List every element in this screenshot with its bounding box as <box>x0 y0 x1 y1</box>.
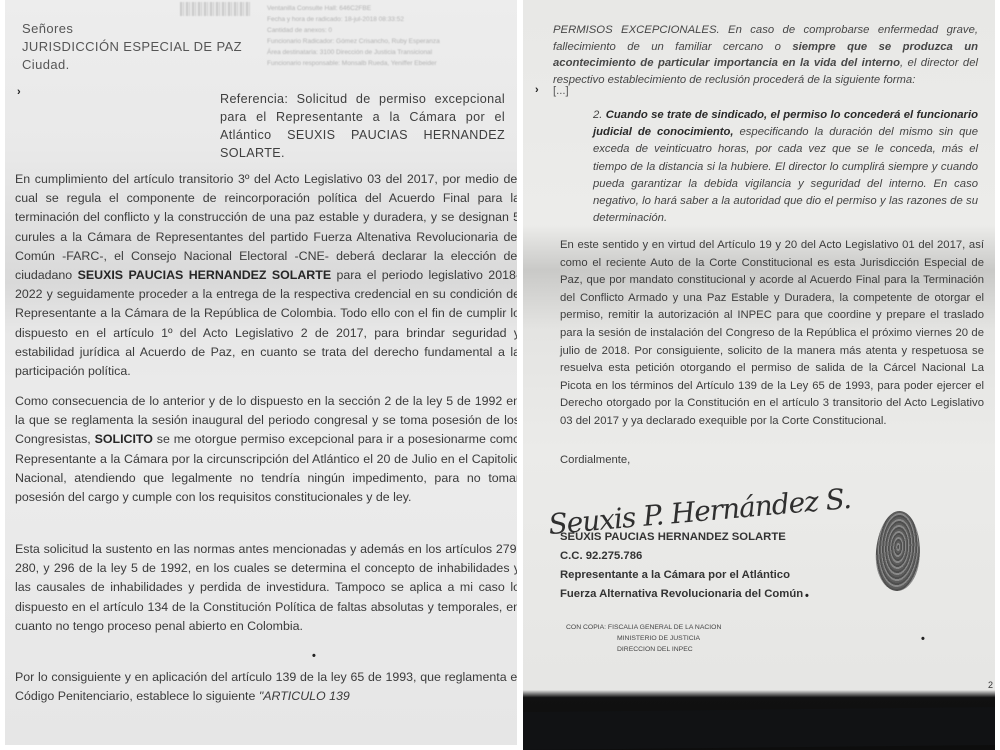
copy-recipient: FISCALIA GENERAL DE LA NACION <box>608 624 721 631</box>
article-heading: "ARTICULO 139 <box>259 689 350 703</box>
quote-item-2: 2. Cuando se trate de sindicado, el perm… <box>593 107 978 227</box>
recipient-name: JURISDICCIÓN ESPECIAL DE PAZ <box>22 38 242 56</box>
signature-block: SEUXIS PAUCIAS HERNANDEZ SOLARTE C.C. 92… <box>560 528 803 604</box>
fingerprint <box>874 510 922 592</box>
recipient-city: Ciudad. <box>22 56 242 74</box>
signer-role: Representante a la Cámara por el Atlánti… <box>560 566 803 585</box>
recipient-address: Señores JURISDICCIÓN ESPECIAL DE PAZ Ciu… <box>22 20 242 74</box>
ink-mark: • <box>921 633 925 645</box>
barcode <box>180 2 250 16</box>
stamp-line: Funcionario responsable: Monsalb Rueda, … <box>267 58 517 69</box>
quote-intro: PERMISOS EXCEPCIONALES. En caso de compr… <box>553 22 978 88</box>
ink-mark: › <box>17 86 21 98</box>
reference-line: Referencia: Solicitud de permiso excepci… <box>220 90 505 162</box>
copy-recipient: MINISTERIO DE JUSTICIA <box>566 633 721 644</box>
document-page-1: Ventanilla Consulte Hall: 646C2FBE Fecha… <box>5 0 517 745</box>
ellipsis: [...] <box>553 83 569 100</box>
ink-mark: › <box>535 84 539 96</box>
filing-stamp: Ventanilla Consulte Hall: 646C2FBE Fecha… <box>267 3 517 69</box>
citizen-name: SEUXIS PAUCIAS HERNANDEZ SOLARTE <box>78 268 332 282</box>
stamp-line: Cantidad de anexos: 0 <box>267 25 517 36</box>
signer-id: C.C. 92.275.786 <box>560 547 803 566</box>
signer-party: Fuerza Alternativa Revolucionaria del Co… <box>560 585 803 604</box>
main-paragraph: En este sentido y en virtud del Artículo… <box>560 237 984 431</box>
copies-list: CON COPIA: FISCALIA GENERAL DE LA NACION… <box>566 622 721 655</box>
salutation: Señores <box>22 20 242 38</box>
stamp-line: Área destinataria: 3100 Dirección de Jus… <box>267 47 517 58</box>
copy-recipient: DIRECCION DEL INPEC <box>566 644 721 655</box>
page-number: 2 <box>988 680 993 690</box>
ink-mark: • <box>312 650 316 662</box>
paragraph-2: Como consecuencia de lo anterior y de lo… <box>15 392 517 507</box>
paragraph-4: Por lo consiguiente y en aplicación del … <box>15 668 517 706</box>
stamp-line: Ventanilla Consulte Hall: 646C2FBE <box>267 3 517 14</box>
stamp-line: Fecha y hora de radicado: 18-jul-2018 08… <box>267 14 517 25</box>
ink-mark: • <box>805 590 809 602</box>
background-surface <box>523 707 995 750</box>
signer-name: SEUXIS PAUCIAS HERNANDEZ SOLARTE <box>560 528 803 547</box>
request-keyword: SOLICITO <box>95 432 153 446</box>
stamp-line: Funcionario Radicador: Gómez Crisancho, … <box>267 36 517 47</box>
paragraph-3: Esta solicitud la sustento en las normas… <box>15 540 517 636</box>
closing: Cordialmente, <box>560 452 630 469</box>
document-page-2: PERMISOS EXCEPCIONALES. En caso de compr… <box>523 0 995 750</box>
paragraph-1: En cumplimiento del artículo transitorio… <box>15 170 517 381</box>
